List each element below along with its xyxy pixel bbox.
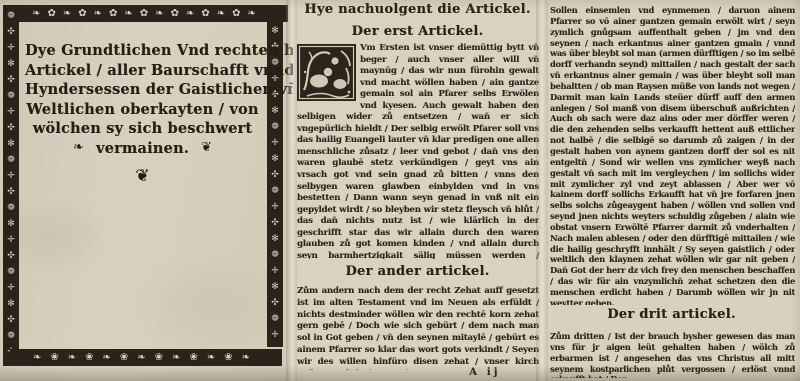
page-heading: Hye nachuolgent die Artickel. [293, 2, 542, 17]
title-page: ❧✿❧✿❧✿❧✿❧✿❧✿❧✿❧ ❁✣✛✻✣❁✛✣✻❁✛✣❁✻✛✣❁✛✻✣❁✛ ✻… [0, 0, 292, 381]
woodcut-border-bottom: ❧❀❧❀❧❀❧❀❧❀❧❀❧ [10, 349, 282, 366]
fleuron-left-icon: ❧ [73, 139, 84, 157]
title-line: vermainen. [96, 139, 189, 159]
title-line: Dye Grundtlichen Vnd rechten haupt [25, 41, 260, 61]
article-3-text: Zům dritten / Ist der brauch bysher gewe… [550, 331, 795, 378]
article-3-heading: Der drit artickel. [543, 307, 800, 322]
trefoil-ornament-icon: ❦ [25, 167, 260, 185]
woodcut-border-left: ❁✣✛✻✣❁✛✣✻❁✛✣❁✻✛✣❁✛✻✣❁✛ [3, 5, 19, 366]
quire-signature: A ij [469, 366, 501, 378]
article-2-text: Zům andern nach dem der recht Zehat auff… [297, 286, 539, 370]
title-line: Artickel / aller Baurschafft vnnd [25, 61, 260, 81]
title-last-line: ❧ vermainen. ❦ [25, 139, 260, 159]
articles-page-1: Hye nachuolgent die Artickel. Der erst A… [293, 0, 542, 381]
title-line: Hyndersessen der Gaistlichen vn̄ [25, 80, 260, 100]
title-line: wölchen sy sich beschwert [25, 119, 260, 139]
article-2-continued-text: Sollen einsemlen vnd eynmemen / daruon a… [550, 5, 795, 305]
pamphlet-scan: ❧✿❧✿❧✿❧✿❧✿❧✿❧✿❧ ❁✣✛✻✣❁✛✣✻❁✛✣❁✻✛✣❁✛✻✣❁✛ ✻… [0, 0, 800, 381]
woodcut-initial-icon [297, 44, 356, 101]
fleuron-right-icon: ❦ [201, 139, 212, 157]
woodcut-border-top: ❧✿❧✿❧✿❧✿❧✿❧✿❧✿❧ [7, 5, 288, 22]
article-1-text: Vm Ersten ist vnser diemüttig bytt vn̄ b… [297, 43, 539, 259]
articles-page-2: Sollen einsemlen vnd eynmemen / daruon a… [543, 0, 800, 381]
title-line: Weltlichen oberkayten / von [25, 100, 260, 120]
article-1-heading: Der erst Artickel. [293, 24, 542, 39]
article-2-heading: Der ander artickel. [293, 264, 542, 279]
title-block: Dye Grundtlichen Vnd rechten haupt Artic… [25, 41, 260, 185]
